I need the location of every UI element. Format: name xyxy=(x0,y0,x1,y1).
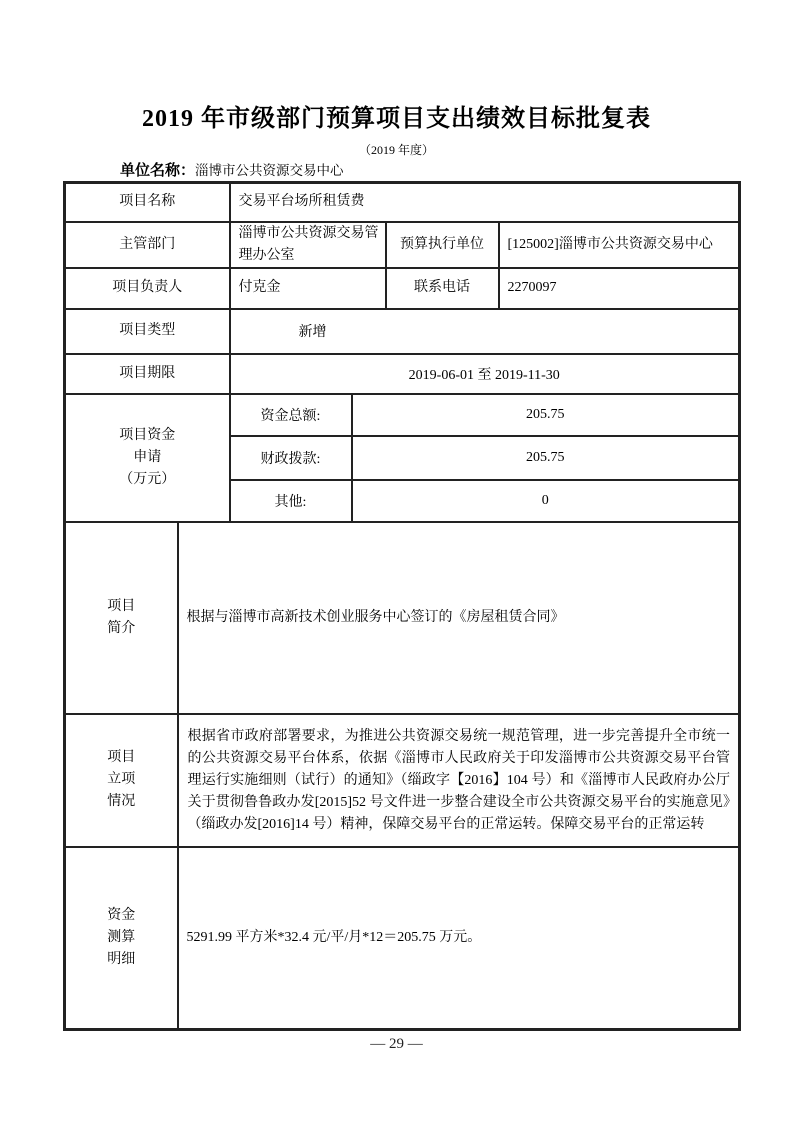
table-row: 项目 立项 情况 根据省市政府部署要求，为推进公共资源交易统一规范管理，进一步完… xyxy=(65,714,740,847)
table-row: 项目类型 新增 xyxy=(65,309,740,354)
funds-other-value: 0 xyxy=(352,480,740,522)
summary-label: 项目 简介 xyxy=(65,522,178,714)
project-type-value: 新增 xyxy=(230,309,740,354)
exec-unit-value: [125002]淄博市公共资源交易中心 xyxy=(499,222,740,268)
unit-name-label: 单位名称： xyxy=(120,163,195,179)
table-row: 主管部门 淄博市公共资源交易管理办公室 预算执行单位 [125002]淄博市公共… xyxy=(65,222,740,268)
table-row: 项目 简介 根据与淄博市高新技术创业服务中心签订的《房屋租赁合同》 xyxy=(65,522,740,714)
table-row: 资金 测算 明细 5291.99 平方米*32.4 元/平/月*12＝205.7… xyxy=(65,847,740,1030)
leader-value: 付克金 xyxy=(230,268,386,309)
leader-label: 项目负责人 xyxy=(65,268,230,309)
dept-value: 淄博市公共资源交易管理办公室 xyxy=(230,222,386,268)
funds-fiscal-value: 205.75 xyxy=(352,436,740,480)
phone-label: 联系电话 xyxy=(386,268,499,309)
project-name-label: 项目名称 xyxy=(65,183,230,222)
project-period-label: 项目期限 xyxy=(65,354,230,394)
project-type-label: 项目类型 xyxy=(65,309,230,354)
approval-label: 项目 立项 情况 xyxy=(65,714,178,847)
phone-value: 2270097 xyxy=(499,268,740,309)
table-row: 项目名称 交易平台场所租赁费 xyxy=(65,183,740,222)
approval-value: 根据省市政府部署要求，为推进公共资源交易统一规范管理，进一步完善提升全市统一的公… xyxy=(178,714,740,847)
dept-label: 主管部门 xyxy=(65,222,230,268)
table-row: 项目资金 申请 （万元） 资金总额: 205.75 xyxy=(65,394,740,436)
performance-target-table: 项目名称 交易平台场所租赁费 主管部门 淄博市公共资源交易管理办公室 预算执行单… xyxy=(63,181,741,1031)
unit-name-line: 单位名称：淄博市公共资源交易中心 xyxy=(120,159,344,180)
funds-other-label: 其他: xyxy=(230,480,352,522)
page-subtitle: （2019 年度） xyxy=(0,141,793,158)
table-row: 项目负责人 付克金 联系电话 2270097 xyxy=(65,268,740,309)
summary-value: 根据与淄博市高新技术创业服务中心签订的《房屋租赁合同》 xyxy=(178,522,740,714)
page-number: — 29 — xyxy=(0,1036,793,1053)
table-row: 项目期限 2019-06-01 至 2019-11-30 xyxy=(65,354,740,394)
page-title: 2019 年市级部门预算项目支出绩效目标批复表 xyxy=(0,98,793,133)
funds-total-label: 资金总额: xyxy=(230,394,352,436)
funds-label: 项目资金 申请 （万元） xyxy=(65,394,230,522)
calculation-label: 资金 测算 明细 xyxy=(65,847,178,1030)
project-period-value: 2019-06-01 至 2019-11-30 xyxy=(230,354,740,394)
funds-fiscal-label: 财政拨款: xyxy=(230,436,352,480)
calculation-value: 5291.99 平方米*32.4 元/平/月*12＝205.75 万元。 xyxy=(178,847,740,1030)
project-name-value: 交易平台场所租赁费 xyxy=(230,183,740,222)
funds-total-value: 205.75 xyxy=(352,394,740,436)
exec-unit-label: 预算执行单位 xyxy=(386,222,499,268)
unit-name-value: 淄博市公共资源交易中心 xyxy=(195,163,344,178)
